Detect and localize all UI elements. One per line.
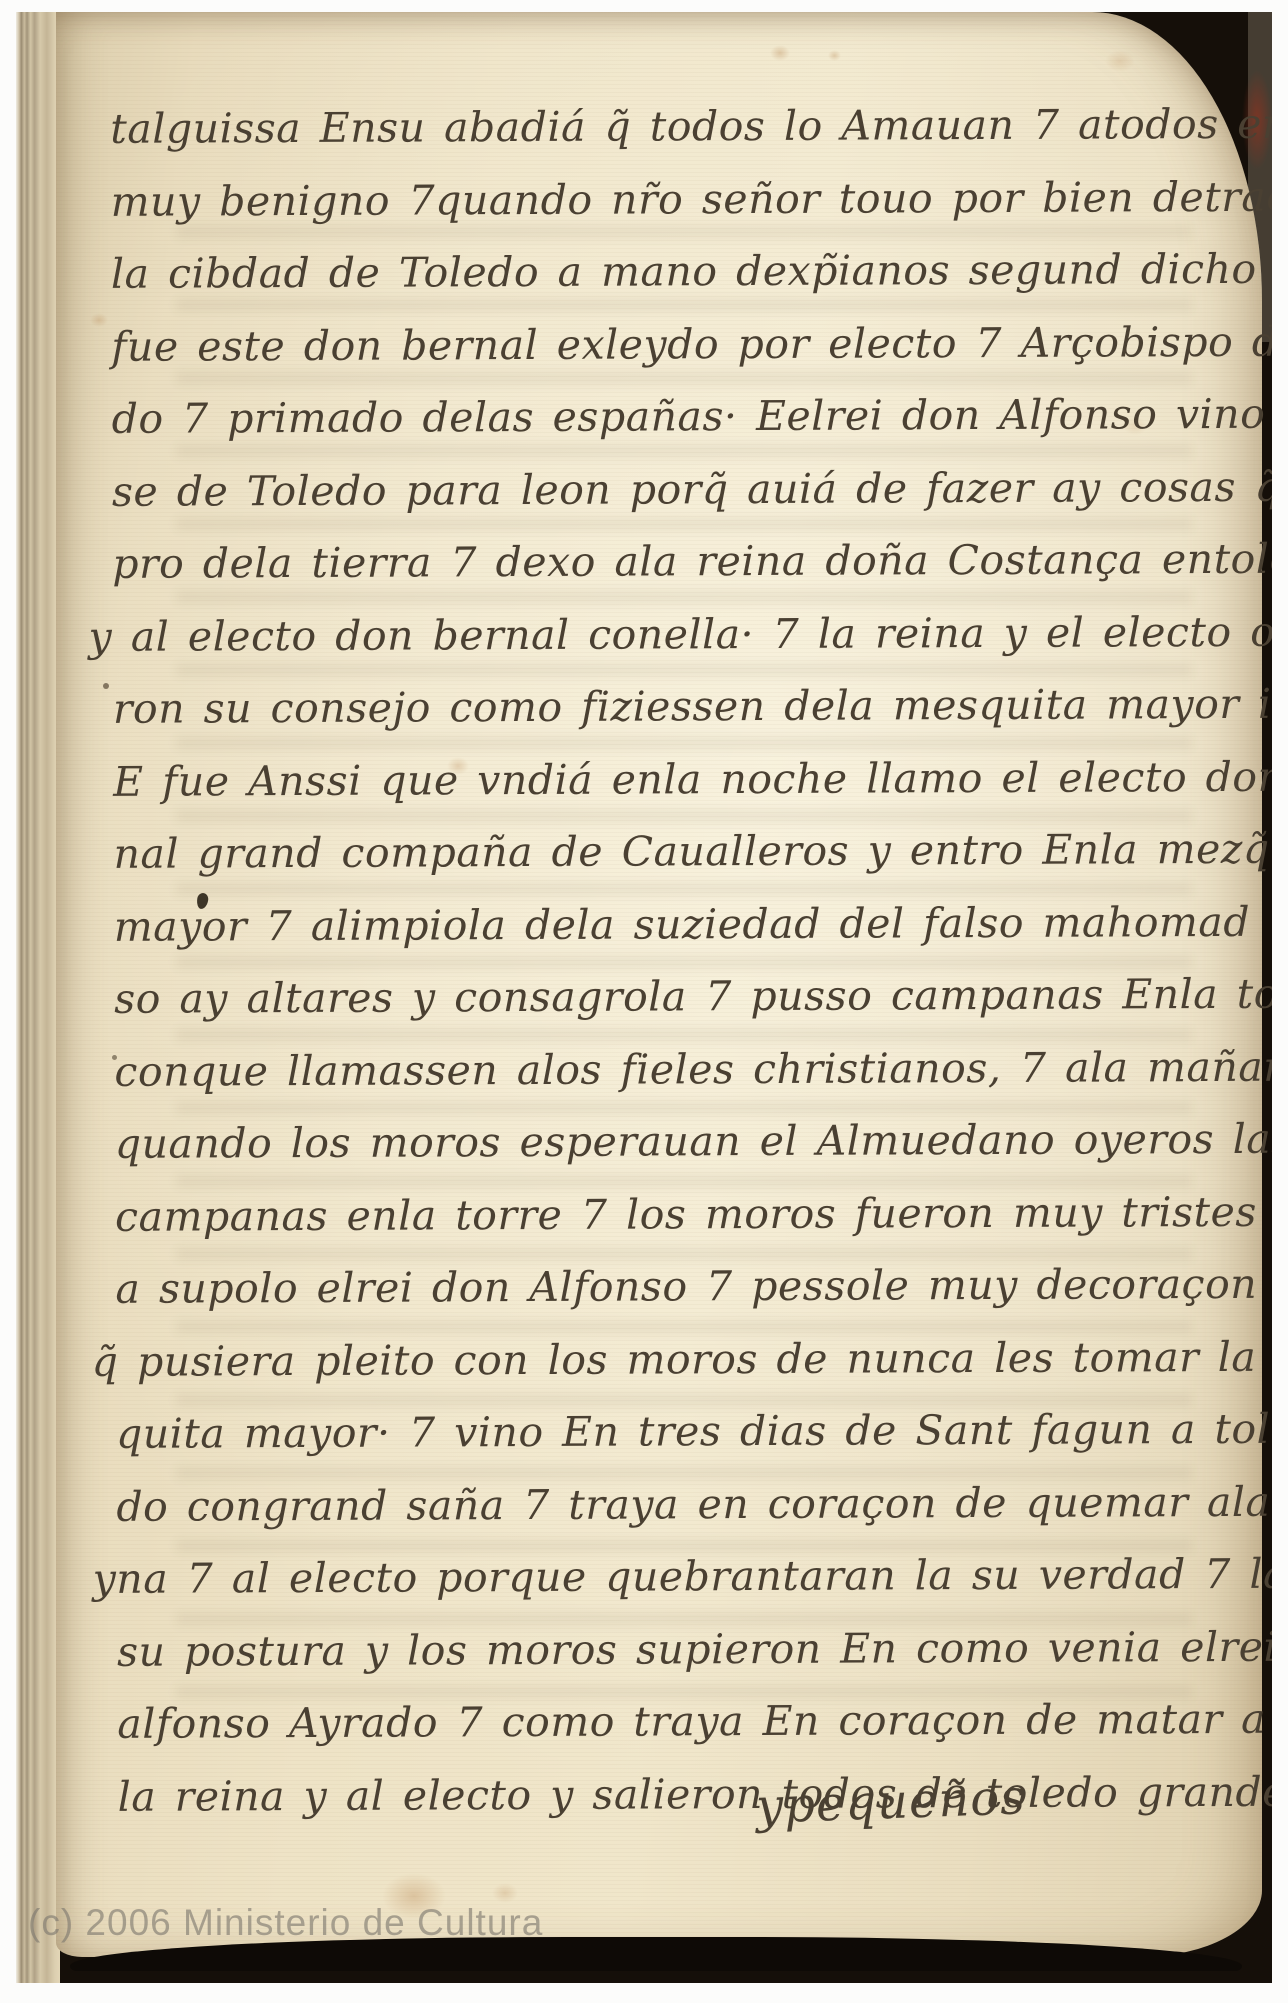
manuscript-line: quando los moros esperauan el Almuedano … (115, 1102, 1272, 1180)
manuscript-line: a supolo elrei don Alfonso 7 pessole muy… (115, 1247, 1272, 1325)
manuscript-line: muy benigno 7quando nr̃o señor touo por … (111, 160, 1272, 238)
manuscript-page: talguissa Ensu abadiá q̃ todos lo Amauan… (56, 12, 1262, 1957)
manuscript-line: conque llamassen alos fieles christianos… (114, 1030, 1272, 1108)
stain (90, 313, 108, 327)
manuscript-line: do 7 primado delas españas· Eelrei don A… (111, 377, 1272, 455)
scan-frame: talguissa Ensu abadiá q̃ todos lo Amauan… (0, 0, 1288, 2003)
manuscript-line: nal grand compaña de Caualleros y entro … (113, 812, 1272, 890)
manuscript-line: la cibdad de Toledo a mano dexp̃ianos se… (111, 232, 1272, 310)
page-gutter-edges (16, 12, 60, 1983)
manuscript-text: talguissa Ensu abadiá q̃ todos lo Amauan… (110, 87, 1272, 1833)
manuscript-line: ron su consejo como fiziessen dela mesqu… (113, 667, 1272, 745)
manuscript-line: E fue Anssi que vndiá enla noche llamo e… (113, 740, 1272, 818)
manuscript-line: do congrand saña 7 traya en coraçon de q… (116, 1465, 1272, 1543)
manuscript-line: campanas enla torre 7 los moros fueron m… (115, 1175, 1272, 1253)
manuscript-line: talguissa Ensu abadiá q̃ todos lo Amauan… (110, 87, 1272, 165)
manuscript-line: yna 7 al electo porque quebrantaran la s… (93, 1537, 1272, 1615)
stain (103, 683, 109, 689)
book-photo: talguissa Ensu abadiá q̃ todos lo Amauan… (16, 12, 1272, 1983)
manuscript-line: pro dela tierra 7 dexo ala reina doña Co… (112, 522, 1272, 600)
manuscript-line: mayor 7 alimpiola dela suziedad del fals… (114, 885, 1272, 963)
manuscript-line: alfonso Ayrado 7 como traya En coraçon d… (117, 1682, 1272, 1760)
catchword: ypequeños (755, 1769, 1027, 1834)
manuscript-line: y al electo don bernal conella· 7 la rei… (88, 595, 1272, 673)
manuscript-line: quita mayor· 7 vino En tres dias de Sant… (116, 1392, 1272, 1470)
stain (770, 45, 790, 61)
manuscript-line: fue este don bernal exleydo por electo 7… (111, 305, 1272, 383)
stain (492, 1883, 518, 1903)
manuscript-line: q̃ pusiera pleito con los moros de nunca… (92, 1320, 1272, 1398)
stain (1105, 50, 1135, 72)
manuscript-line: so ay altares y consagrola 7 pusso campa… (114, 957, 1272, 1035)
stain (828, 50, 841, 61)
manuscript-line: se de Toledo para leon porq̃ auiá de faz… (112, 450, 1272, 528)
manuscript-line: la reina y al electo y salieron todos de… (117, 1755, 1272, 1833)
manuscript-line: su postura y los moros supieron En como … (117, 1610, 1272, 1688)
copyright-watermark: (c) 2006 Ministerio de Cultura (28, 1902, 543, 1944)
